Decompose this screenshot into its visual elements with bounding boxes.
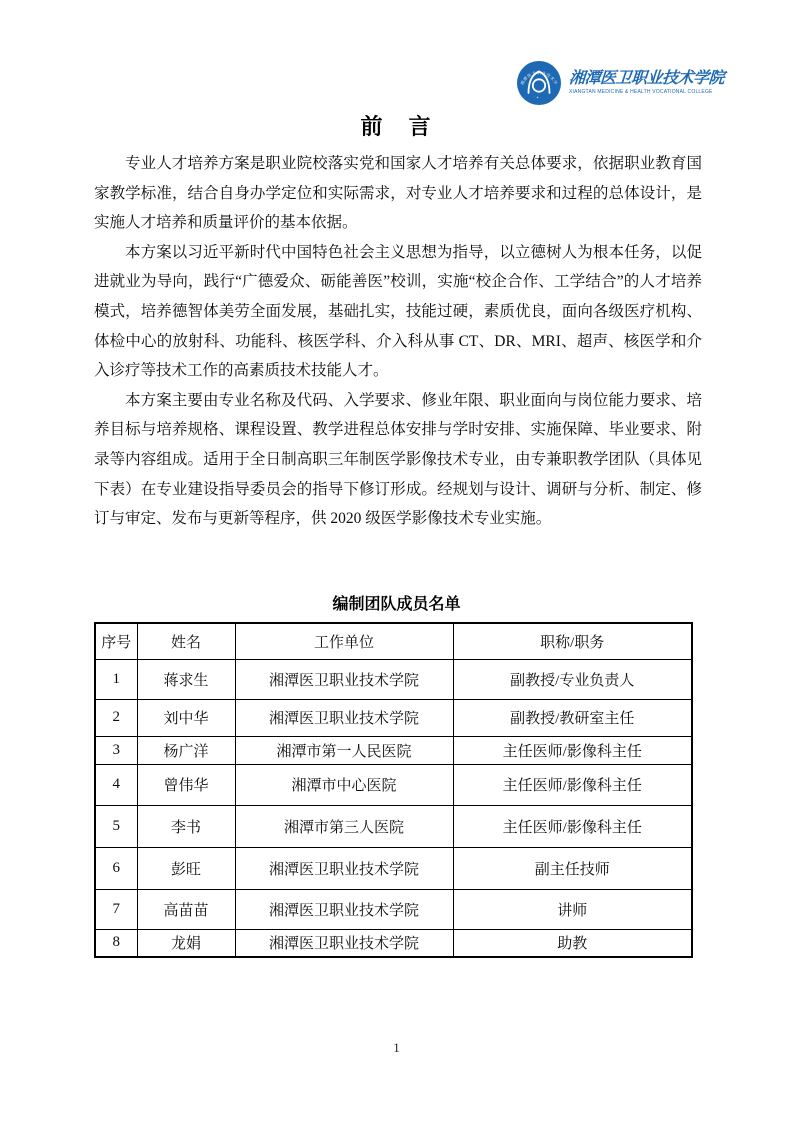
table-cell: 湘潭市第一人民医院	[235, 736, 453, 764]
table-cell: 李书	[137, 805, 235, 847]
header-cell-title: 职称/职务	[453, 623, 692, 659]
table-cell: 4	[95, 764, 137, 805]
table-cell: 副教授/教研室主任	[453, 699, 692, 736]
table-cell: 讲师	[453, 889, 692, 929]
table-row: 3 杨广洋 湘潭市第一人民医院 主任医师/影像科主任	[95, 736, 692, 764]
page-number: 1	[0, 1040, 793, 1056]
table-row: 7 高苗苗 湘潭医卫职业技术学院 讲师	[95, 889, 692, 929]
document-page: 湘潭医卫职业技术学院 · ★ · 湘潭医卫职业技术学院 XIANGTAN MED…	[0, 0, 793, 1122]
table-header-row: 序号 姓名 工作单位 职称/职务	[95, 623, 692, 659]
table-cell: 6	[95, 847, 137, 889]
header-cell-name: 姓名	[137, 623, 235, 659]
table-cell: 主任医师/影像科主任	[453, 764, 692, 805]
college-name-zh: 湘潭医卫职业技术学院	[568, 71, 724, 87]
table-cell: 8	[95, 929, 137, 957]
team-members-table: 序号 姓名 工作单位 职称/职务 1 蒋求生 湘潭医卫职业技术学院 副教授/专业…	[94, 622, 693, 958]
table-cell: 曾伟华	[137, 764, 235, 805]
college-emblem-icon: 湘潭医卫职业技术学院 · ★ ·	[516, 60, 562, 106]
table-cell: 龙娟	[137, 929, 235, 957]
table-row: 5 李书 湘潭市第三人医院 主任医师/影像科主任	[95, 805, 692, 847]
table-row: 6 彭旺 湘潭医卫职业技术学院 副主任技师	[95, 847, 692, 889]
header-cell-index: 序号	[95, 623, 137, 659]
table-cell: 刘中华	[137, 699, 235, 736]
table-cell: 3	[95, 736, 137, 764]
table-cell: 湘潭医卫职业技术学院	[235, 847, 453, 889]
table-cell: 蒋求生	[137, 659, 235, 699]
table-cell: 彭旺	[137, 847, 235, 889]
paragraph-2: 本方案以习近平新时代中国特色社会主义思想为指导，以立德树人为根本任务，以促进就业…	[94, 238, 702, 386]
table-cell: 湘潭医卫职业技术学院	[235, 889, 453, 929]
table-cell: 主任医师/影像科主任	[453, 736, 692, 764]
table-cell: 副教授/专业负责人	[453, 659, 692, 699]
table-cell: 湘潭医卫职业技术学院	[235, 929, 453, 957]
page-title: 前 言	[0, 110, 793, 141]
college-name-en: XIANGTAN MEDICINE & HEALTH VOCATIONAL CO…	[569, 90, 724, 95]
table-title: 编制团队成员名单	[0, 591, 793, 614]
table-cell: 高苗苗	[137, 889, 235, 929]
paragraph-3: 本方案主要由专业名称及代码、入学要求、修业年限、职业面向与岗位能力要求、培养目标…	[94, 386, 702, 534]
table-row: 1 蒋求生 湘潭医卫职业技术学院 副教授/专业负责人	[95, 659, 692, 699]
table-cell: 7	[95, 889, 137, 929]
table-row: 4 曾伟华 湘潭市中心医院 主任医师/影像科主任	[95, 764, 692, 805]
table-cell: 湘潭市第三人医院	[235, 805, 453, 847]
preface-body: 专业人才培养方案是职业院校落实党和国家人才培养有关总体要求，依据职业教育国家教学…	[94, 149, 702, 534]
table-cell: 副主任技师	[453, 847, 692, 889]
table-row: 8 龙娟 湘潭医卫职业技术学院 助教	[95, 929, 692, 957]
table-cell: 湘潭市中心医院	[235, 764, 453, 805]
table-cell: 湘潭医卫职业技术学院	[235, 699, 453, 736]
table-cell: 主任医师/影像科主任	[453, 805, 692, 847]
table-cell: 湘潭医卫职业技术学院	[235, 659, 453, 699]
paragraph-1: 专业人才培养方案是职业院校落实党和国家人才培养有关总体要求，依据职业教育国家教学…	[94, 149, 702, 238]
table-cell: 助教	[453, 929, 692, 957]
table-row: 2 刘中华 湘潭医卫职业技术学院 副教授/教研室主任	[95, 699, 692, 736]
table-cell: 5	[95, 805, 137, 847]
college-logo: 湘潭医卫职业技术学院 · ★ · 湘潭医卫职业技术学院 XIANGTAN MED…	[516, 60, 706, 106]
table-cell: 1	[95, 659, 137, 699]
table-cell: 杨广洋	[137, 736, 235, 764]
header-cell-unit: 工作单位	[235, 623, 453, 659]
table-cell: 2	[95, 699, 137, 736]
